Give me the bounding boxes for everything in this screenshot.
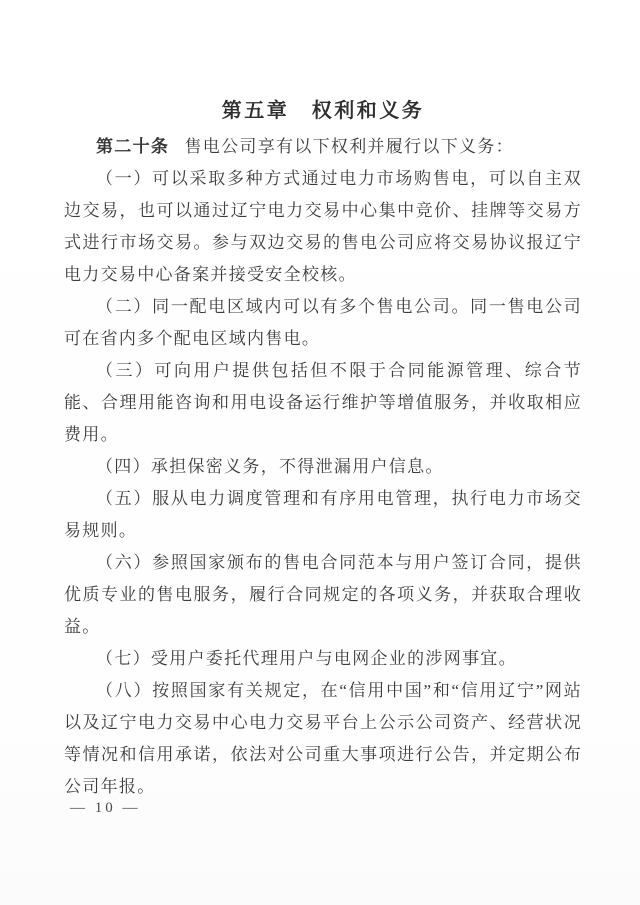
clause-paragraph: （三）可向用户提供包括但不限于合同能源管理、综合节能、合理用能咨询和用电设备运行… <box>64 355 582 451</box>
clause-paragraph: （四）承担保密义务，不得泄漏用户信息。 <box>64 451 582 483</box>
clause-paragraph: （一）可以采取多种方式通过电力市场购售电，可以自主双边交易，也可以通过辽宁电力交… <box>64 163 582 291</box>
chapter-title: 第五章 权利和义务 <box>64 97 582 125</box>
clause-paragraph: （七）受用户委托代理用户与电网企业的涉网事宜。 <box>64 643 582 675</box>
document-content: 第五章 权利和义务 第二十条售电公司享有以下权利并履行以下义务： （一）可以采取… <box>0 0 640 803</box>
clause-paragraph: （六）参照国家颁布的售电合同范本与用户签订合同，提供优质专业的售电服务，履行合同… <box>64 547 582 643</box>
clause-list: （一）可以采取多种方式通过电力市场购售电，可以自主双边交易，也可以通过辽宁电力交… <box>64 163 582 803</box>
clause-paragraph: （五）服从电力调度管理和有序用电管理，执行电力市场交易规则。 <box>64 483 582 547</box>
page-number: — 10 — <box>70 800 141 817</box>
document-page: 第五章 权利和义务 第二十条售电公司享有以下权利并履行以下义务： （一）可以采取… <box>0 0 640 905</box>
article-opening-paragraph: 第二十条售电公司享有以下权利并履行以下义务： <box>64 131 582 163</box>
article-intro-text: 售电公司享有以下权利并履行以下义务： <box>185 137 514 156</box>
clause-paragraph: （八）按照国家有关规定，在“信用中国”和“信用辽宁”网站以及辽宁电力交易中心电力… <box>64 675 582 803</box>
article-number-label: 第二十条 <box>96 137 169 156</box>
clause-paragraph: （二）同一配电区域内可以有多个售电公司。同一售电公司可在省内多个配电区域内售电。 <box>64 291 582 355</box>
